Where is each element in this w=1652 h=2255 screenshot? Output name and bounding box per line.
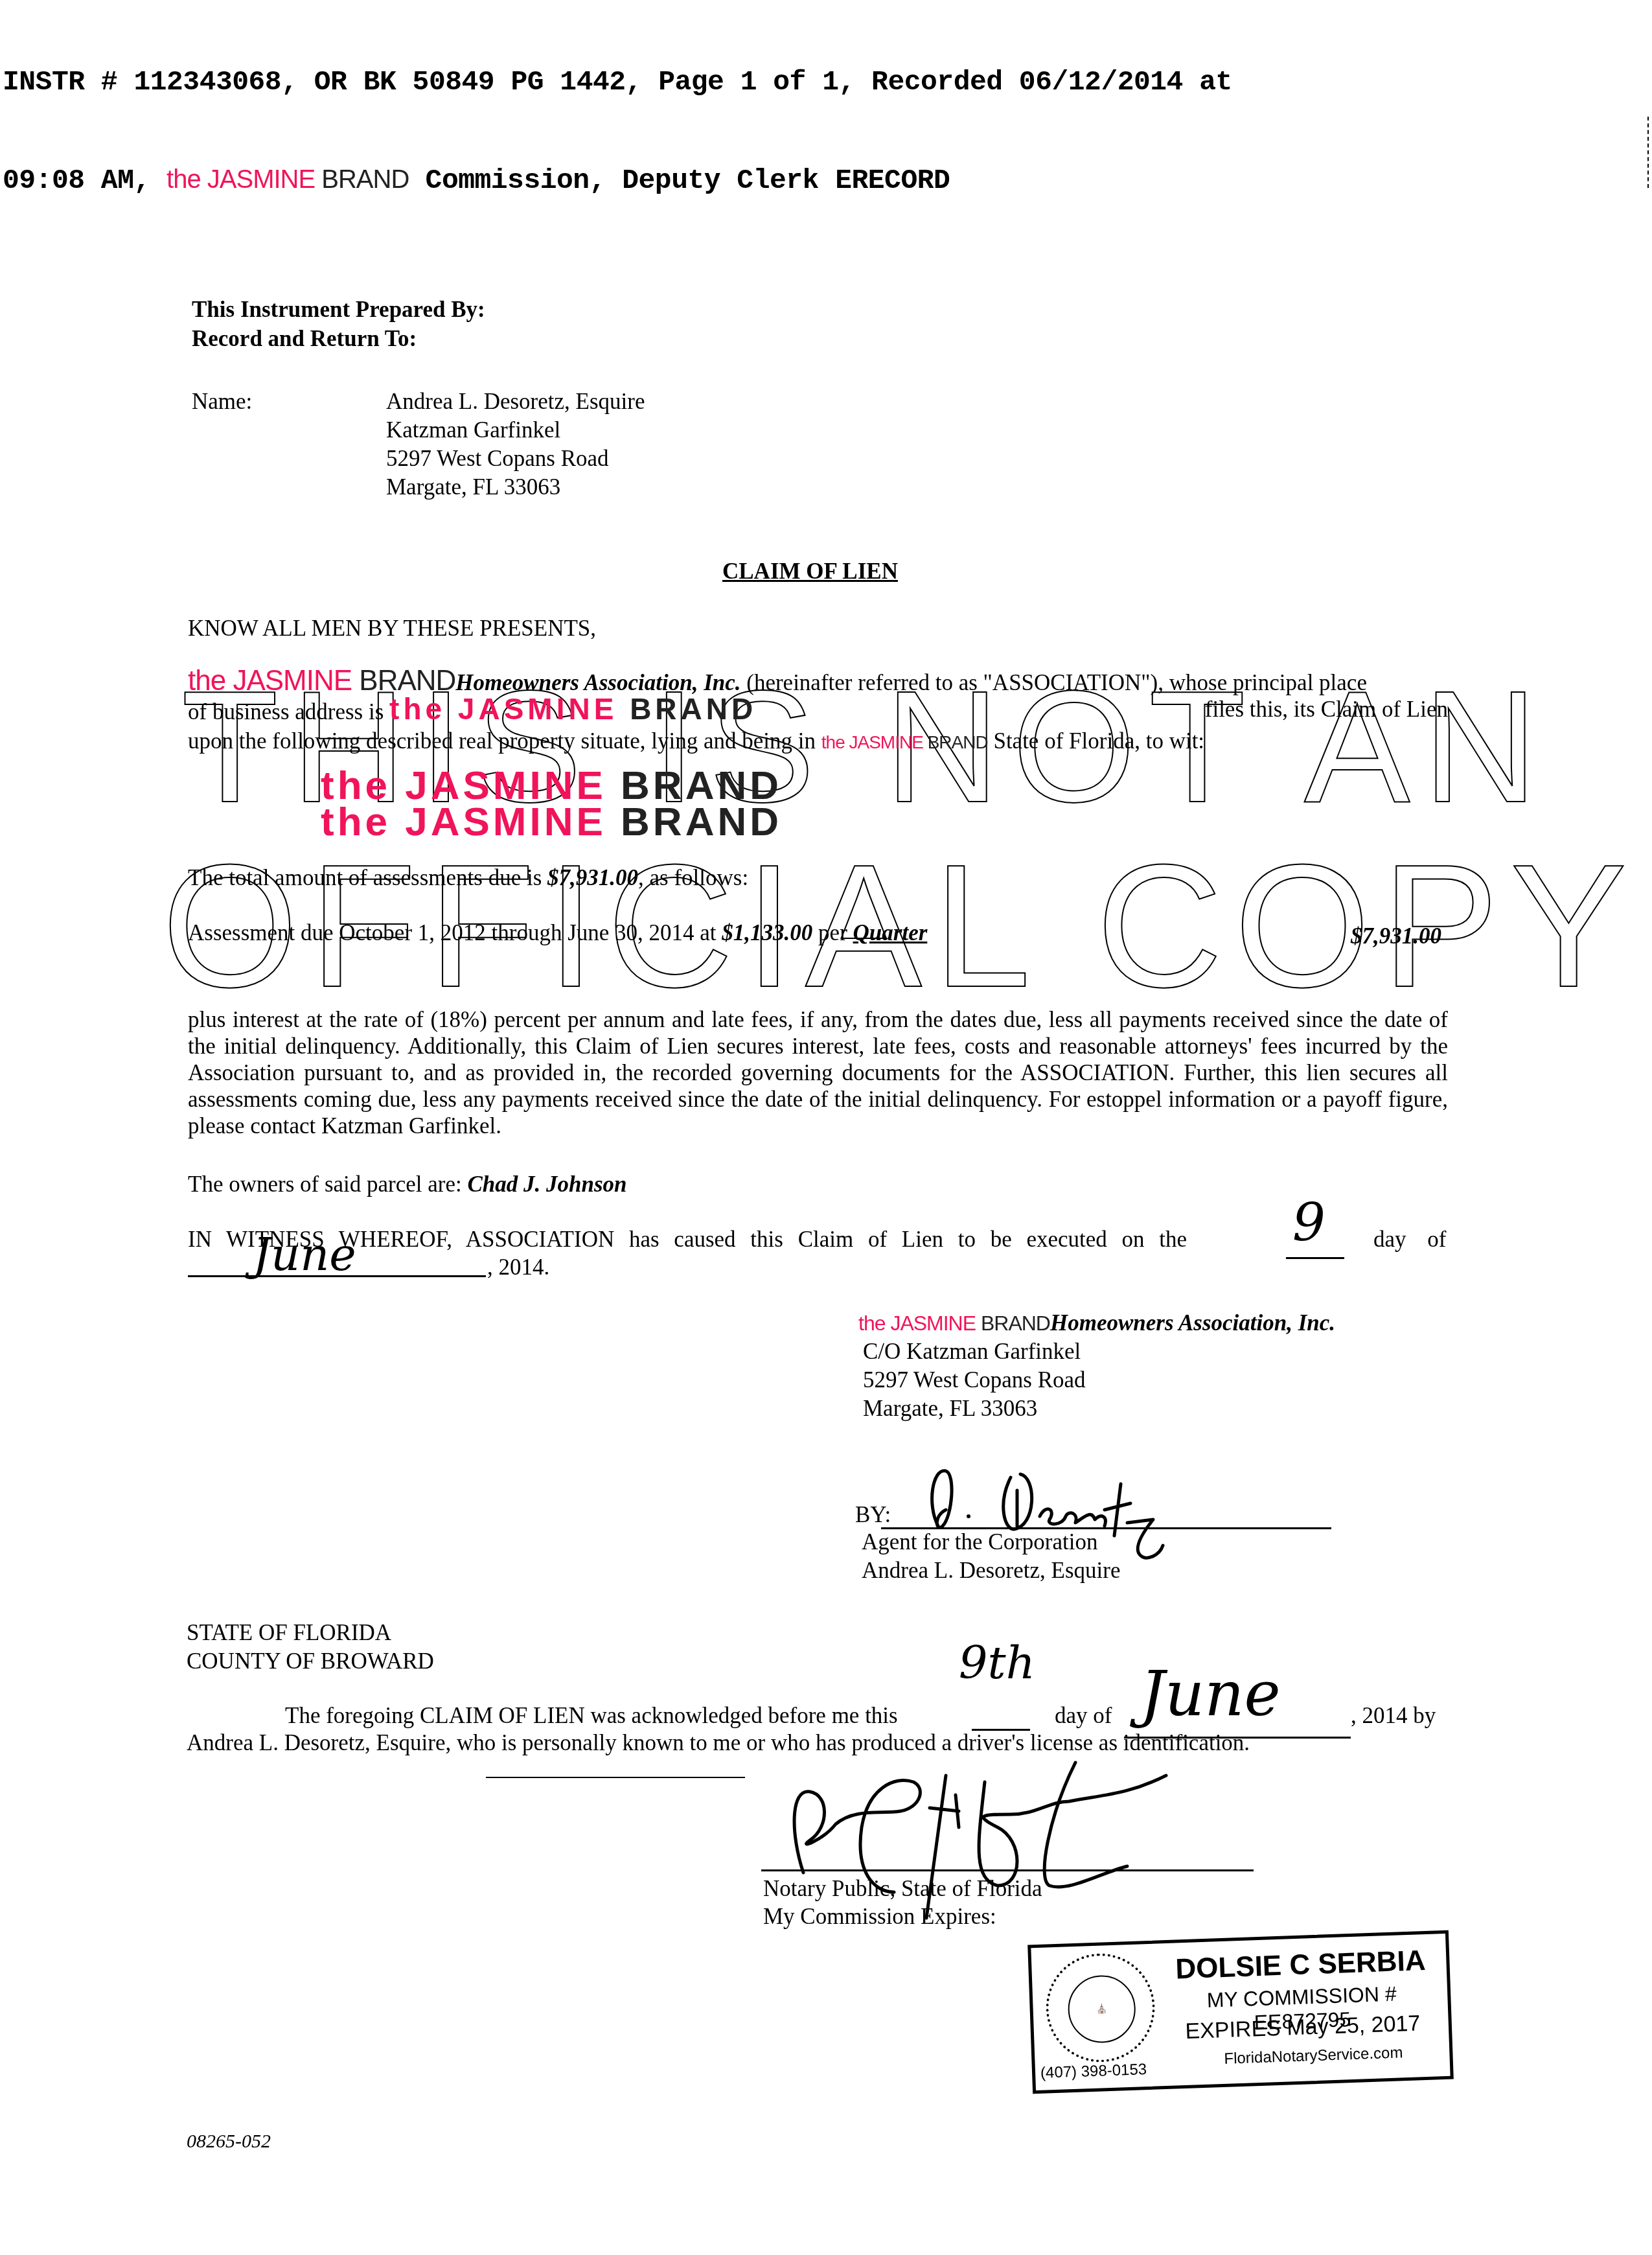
intro-text: KNOW ALL MEN BY THESE PRESENTS, [188,614,596,643]
recording-header-line2: 09:08 AM, the JASMINE BRAND Commission, … [3,163,1232,197]
owners-line: The owners of said parcel are: Chad J. J… [188,1172,627,1197]
assessment-line-amount: $7,931.00 [1351,923,1441,949]
notary-day-of: day of [1055,1703,1112,1729]
witness-day-of: day of [1373,1227,1446,1253]
notary-month-handwritten: June [1140,1659,1281,1730]
preparer-address: Andrea L. Desoretz, Esquire Katzman Garf… [386,387,645,502]
terms-paragraph: plus interest at the rate of (18%) perce… [188,1006,1448,1139]
notary-ack-line1: The foregoing CLAIM OF LIEN was acknowle… [285,1703,898,1729]
assessment-total: The total amount of assessments due is $… [188,865,748,891]
commission-expires-label: My Commission Expires: [763,1904,996,1930]
witness-day-blank [1286,1257,1344,1259]
notary-name: DOLSIE C SERBIA [1161,1944,1440,1986]
recording-header-line1: INSTR # 112343068, OR BK 50849 PG 1442, … [3,66,1232,98]
notary-stamp: ⛪ DOLSIE C SERBIA MY COMMISSION # EE8727… [1027,1930,1454,2094]
witness-day-handwritten: 9 [1292,1192,1325,1253]
assessment-line: Assessment due October 1, 2012 through J… [188,920,927,946]
association-signature-block: the JASMINE BRANDHomeowners Association,… [858,1309,1335,1423]
agent-name: Andrea L. Desoretz, Esquire [862,1558,1120,1584]
preparer-name-label: Name: [192,387,252,416]
notary-phone: (407) 398-0153 [1040,2061,1147,2083]
scan-margin-mark [1647,117,1650,188]
capitol-dome-icon: ⛪ [1067,1974,1137,2044]
notary-day-handwritten: 9th [959,1636,1035,1689]
notary-signature-line [761,1869,1254,1871]
notary-venue: STATE OF FLORIDA COUNTY OF BROWARD [187,1619,434,1676]
agent-title: Agent for the Corporation [862,1529,1098,1555]
document-title: CLAIM OF LIEN [722,559,898,584]
notary-ack-line2: Andrea L. Desoretz, Esquire, who is pers… [187,1730,1250,1756]
notary-public-label: Notary Public, State of Florida [763,1876,1042,1902]
by-label: BY: [855,1502,891,1528]
recording-header: INSTR # 112343068, OR BK 50849 PG 1442, … [3,1,1232,229]
brand-watermark: the JASMINE BRAND [858,1312,1050,1335]
witness-line: IN WITNESS WHEREOF, ASSOCIATION has caus… [188,1227,1448,1253]
notary-seal-icon: ⛪ [1044,1952,1157,2064]
notary-dash-mark [486,1777,745,1778]
legal-description-redacted: the JASMINE BRAND the JASMINE BRAND [321,768,782,840]
brand-watermark: the JASMINE BRAND [166,165,409,194]
notary-website: FloridaNotaryService.com [1177,2042,1450,2070]
brand-watermark: the JASMINE BRAND [389,692,757,726]
association-paragraph: the JASMINE BRANDHomeowners Association,… [188,667,1448,756]
witness-month-handwritten: June [253,1228,356,1281]
witness-year: , 2014. [487,1255,549,1280]
preparer-heading: This Instrument Prepared By: Record and … [192,295,485,353]
file-reference-code: 08265-052 [187,2131,271,2153]
notary-ack-year: , 2014 by [1351,1703,1436,1729]
brand-watermark: the JASMINE BRAND [821,732,988,752]
